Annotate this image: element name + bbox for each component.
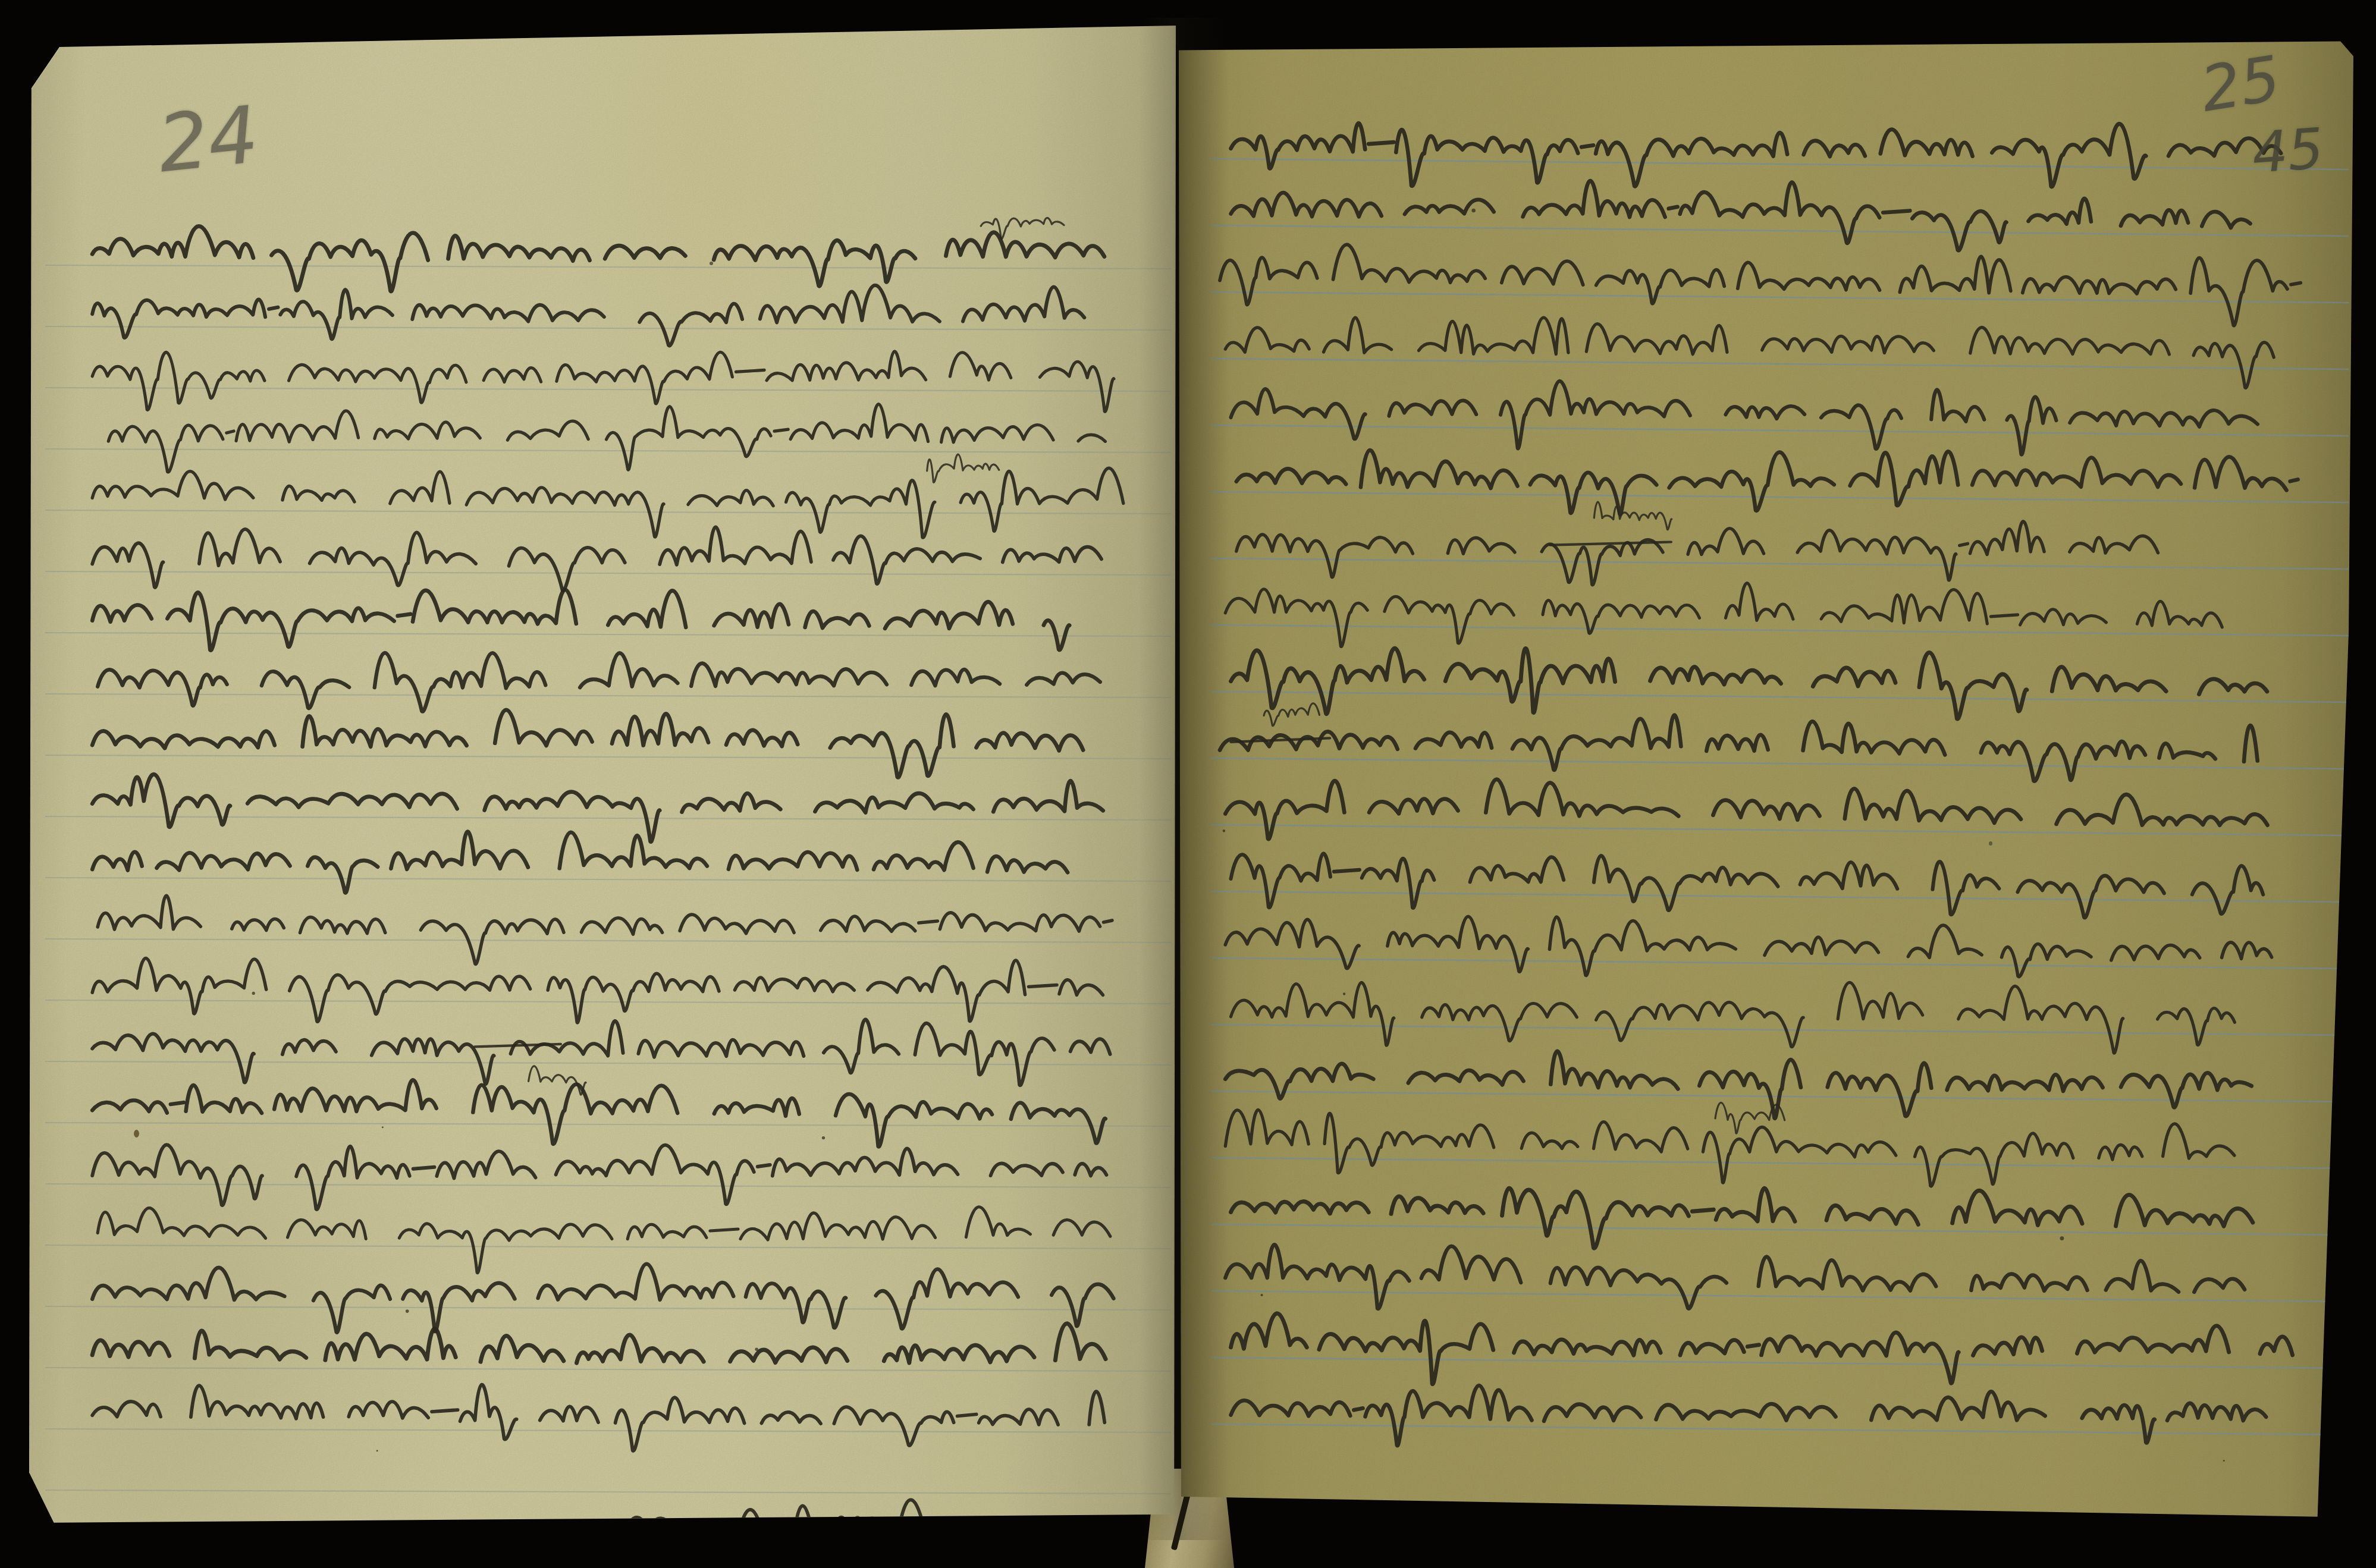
- left-page: 24: [29, 24, 1177, 1523]
- handwriting-right: [1177, 37, 2353, 1523]
- page-number-right-bottom: 45: [2250, 117, 2325, 186]
- right-page: 25 45: [1177, 37, 2353, 1523]
- handwriting-left: [29, 24, 1177, 1523]
- page-number-left: 24: [153, 89, 262, 191]
- page-number-right-top: 25: [2196, 42, 2285, 125]
- manuscript-scan: 24 25 45: [0, 0, 2376, 1568]
